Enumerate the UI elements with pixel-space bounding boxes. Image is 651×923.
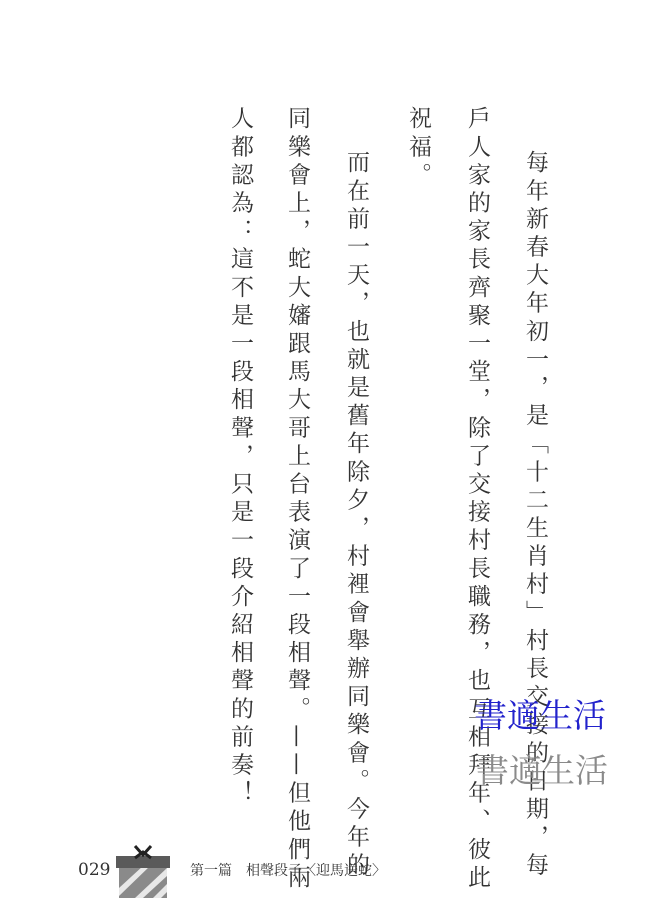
watermark-blue: 書適生活 [474,690,606,737]
watermark-gray: 書適生活 [476,745,608,792]
gift-box-icon [113,844,173,898]
text-column-4: 而在前一天，也就是舊年除夕，村裡會舉辦同樂會。今年的 [341,150,371,881]
text-column-5: 同樂會上，蛇大嬸跟馬大哥上台表演了一段相聲。——但他們兩 [282,106,312,893]
page-footer: 029 第一篇 相聲段子〈迎馬送蛇〉 [0,840,651,900]
text-column-6: 人都認為：這不是一段相聲，只是一段介紹相聲的前奏！ [225,106,255,809]
running-head: 第一篇 相聲段子〈迎馬送蛇〉 [190,860,386,880]
page-number: 029 [78,860,110,880]
text-column-3: 祝福。 [403,106,433,190]
